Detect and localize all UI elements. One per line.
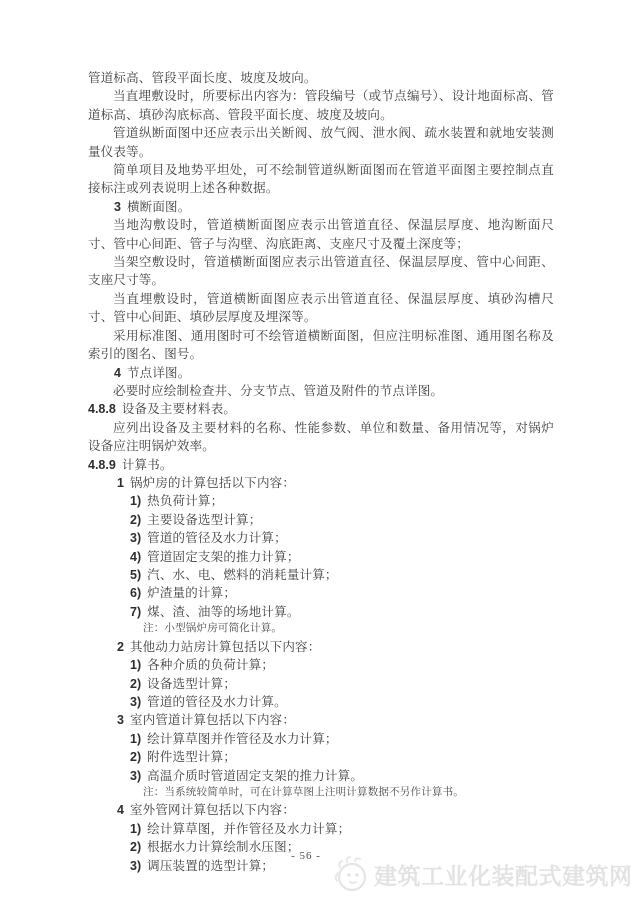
paragraph: 当直埋敷设时，管道横断面图应表示出管道直径、保温层厚度、填砂沟槽尺寸、管中心间距… — [88, 290, 554, 327]
sub-list-item: 5)汽、水、电、燃料的消耗量计算； — [88, 566, 554, 584]
item-number: 4) — [130, 550, 141, 564]
item-number: 3) — [130, 769, 141, 783]
sub-list-item: 7)煤、渣、油等的场地计算。 — [88, 603, 554, 621]
sub-list-item: 1)绘计算草图，并作管径及水力计算； — [88, 820, 554, 838]
paragraph: 当直埋敷设时，所要标出内容为：管段编号（或节点编号）、设计地面标高、管道标高、填… — [88, 87, 554, 124]
paragraph: 应列出设备及主要材料的名称、性能参数、单位和数量、备用情况等，对锅炉设备应注明锅… — [88, 419, 554, 456]
section-heading: 4.8.8设备及主要材料表。 — [88, 400, 554, 418]
item-number: 1 — [117, 476, 124, 490]
paragraph: 简单项目及地势平坦处，可不绘制管道纵断面图而在管道平面图主要控制点直接标注或列表… — [88, 161, 554, 198]
list-item: 4室外管网计算包括以下内容： — [88, 801, 554, 819]
watermark: 建筑工业化装配式建筑网 — [330, 853, 633, 895]
document-body: 管道标高、管段平面长度、坡度及坡向。当直埋敷设时，所要标出内容为：管段编号（或节… — [88, 69, 554, 875]
item-number: 5) — [130, 568, 141, 582]
item-number: 7) — [130, 605, 141, 619]
sub-list-item: 1)绘计算草图并作管径及水力计算； — [88, 730, 554, 748]
item-number: 2) — [130, 513, 141, 527]
sub-list-item: 3)管道的管径及水力计算。 — [88, 693, 554, 711]
sub-list-item: 3)高温介质时管道固定支架的推力计算。 — [88, 767, 554, 785]
item-number: 3 — [117, 713, 124, 727]
watermark-text: 建筑工业化装配式建筑网 — [374, 858, 633, 891]
list-item: 1锅炉房的计算包括以下内容： — [88, 474, 554, 492]
sub-list-item: 2)主要设备选型计算； — [88, 511, 554, 529]
sub-list-item: 2)附件选型计算； — [88, 748, 554, 766]
item-number: 1) — [130, 494, 141, 508]
item-number: 1) — [130, 658, 141, 672]
item-number: 4 — [114, 366, 121, 380]
sub-list-item: 2)设备选型计算； — [88, 675, 554, 693]
document-page: { "page": { "number": "- 56 -", "waterma… — [0, 0, 640, 905]
paragraph: 必要时应绘制检查井、分支节点、管道及附件的节点详图。 — [88, 382, 554, 400]
item-number: 4 — [117, 803, 124, 817]
item-number: 4.8.8 — [88, 402, 116, 416]
item-number: 3 — [114, 200, 121, 214]
note: 注：当系统较简单时，可在计算草图上注明计算数据不另作计算书。 — [88, 785, 554, 802]
numbered-item: 3横断面图。 — [88, 198, 554, 216]
item-number: 6) — [130, 586, 141, 600]
sub-list-item: 3)管道的管径及水力计算； — [88, 529, 554, 547]
sub-list-item: 1)各种介质的负荷计算； — [88, 656, 554, 674]
section-heading: 4.8.9计算书。 — [88, 456, 554, 474]
paragraph: 当地沟敷设时，管道横断面图应表示出管道直径、保温层厚度、地沟断面尺寸、管中心间距… — [88, 216, 554, 253]
paragraph: 当架空敷设时，管道横断面图应表示出管道直径、保温层厚度、管中心间距、支座尺寸等。 — [88, 253, 554, 290]
item-number: 1) — [130, 822, 141, 836]
paragraph: 管道纵断面图中还应表示出关断阀、放气阀、泄水阀、疏水装置和就地安装测量仪表等。 — [88, 124, 554, 161]
sub-list-item: 4)管道固定支架的推力计算； — [88, 548, 554, 566]
paragraph: 采用标准图、通用图时可不绘管道横断面图，但应注明标准图、通用图名称及索引的图名、… — [88, 327, 554, 364]
item-number: 4.8.9 — [88, 458, 116, 472]
sub-list-item: 1)热负荷计算； — [88, 492, 554, 510]
item-number: 1) — [130, 732, 141, 746]
item-number: 2 — [117, 640, 124, 654]
item-number: 3) — [130, 531, 141, 545]
note: 注：小型锅炉房可简化计算。 — [88, 621, 554, 638]
mascot-circle-logo-icon — [330, 853, 370, 895]
item-number: 2) — [130, 750, 141, 764]
item-number: 3) — [130, 695, 141, 709]
list-item: 2其他动力站房计算包括以下内容： — [88, 638, 554, 656]
list-item: 3室内管道计算包括以下内容： — [88, 711, 554, 729]
numbered-item: 4节点详图。 — [88, 364, 554, 382]
item-number: 2) — [130, 677, 141, 691]
paragraph-continuation: 管道标高、管段平面长度、坡度及坡向。 — [88, 69, 554, 87]
sub-list-item: 6)炉渣量的计算； — [88, 584, 554, 602]
